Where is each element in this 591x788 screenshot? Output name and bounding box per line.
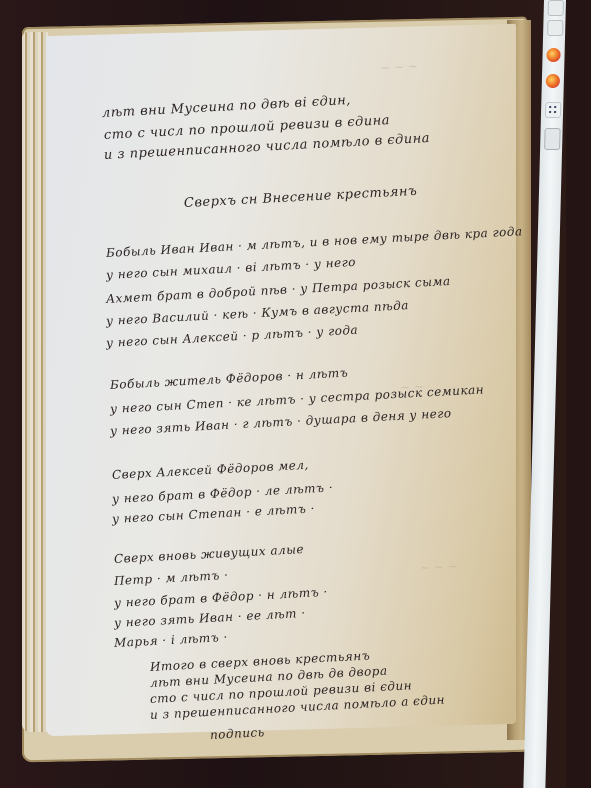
panel-icon[interactable] <box>544 128 561 150</box>
household-1-line-5: у него сын Алексей · р лѣтъ · у года <box>106 323 359 350</box>
manuscript-text: ~ ~ ~ ~ ~ ~ ~ ~ лѣт вни Мусеина по двѣ в… <box>0 0 545 788</box>
firefox-icon[interactable] <box>546 48 560 62</box>
household-4-line-1: Сверх вновь живущих алые <box>114 542 305 566</box>
household-4-line-4: у него зять Иван · ее лѣт · <box>114 606 306 630</box>
household-1-line-1: Бобыль Иван Иван · м лѣтъ, и в нов ему т… <box>106 224 523 260</box>
footer-signature: подпись <box>210 725 265 742</box>
household-3-line-3: у него сын Степан · е лѣтъ · <box>112 501 316 526</box>
bleed-through: ~ ~ ~ <box>380 59 418 75</box>
bleed-through: ~ ~ ~ <box>420 559 458 575</box>
household-4-line-5: Марья · і лѣтъ · <box>114 630 229 650</box>
apps-grid-icon[interactable] <box>545 102 561 118</box>
household-3-line-1: Сверх Алексей Фёдоров мел, <box>112 458 309 482</box>
household-1-line-2: у него сын михаил · ві лѣтъ · у него <box>106 255 357 282</box>
household-4-line-2: Петр · м лѣтъ · <box>114 568 229 588</box>
section-title: Сверхъ сн Внесение крестьянъ <box>184 184 418 211</box>
household-2-line-1: Бобыль житель Фёдоров · н лѣтъ <box>110 366 349 392</box>
monitor-bezel <box>566 0 591 788</box>
tab-icon-2[interactable] <box>547 20 563 36</box>
firefox-icon-2[interactable] <box>546 74 560 88</box>
document-viewer[interactable]: ~ ~ ~ ~ ~ ~ ~ ~ лѣт вни Мусеина по двѣ в… <box>0 0 545 788</box>
tab-icon-1[interactable] <box>548 0 564 16</box>
